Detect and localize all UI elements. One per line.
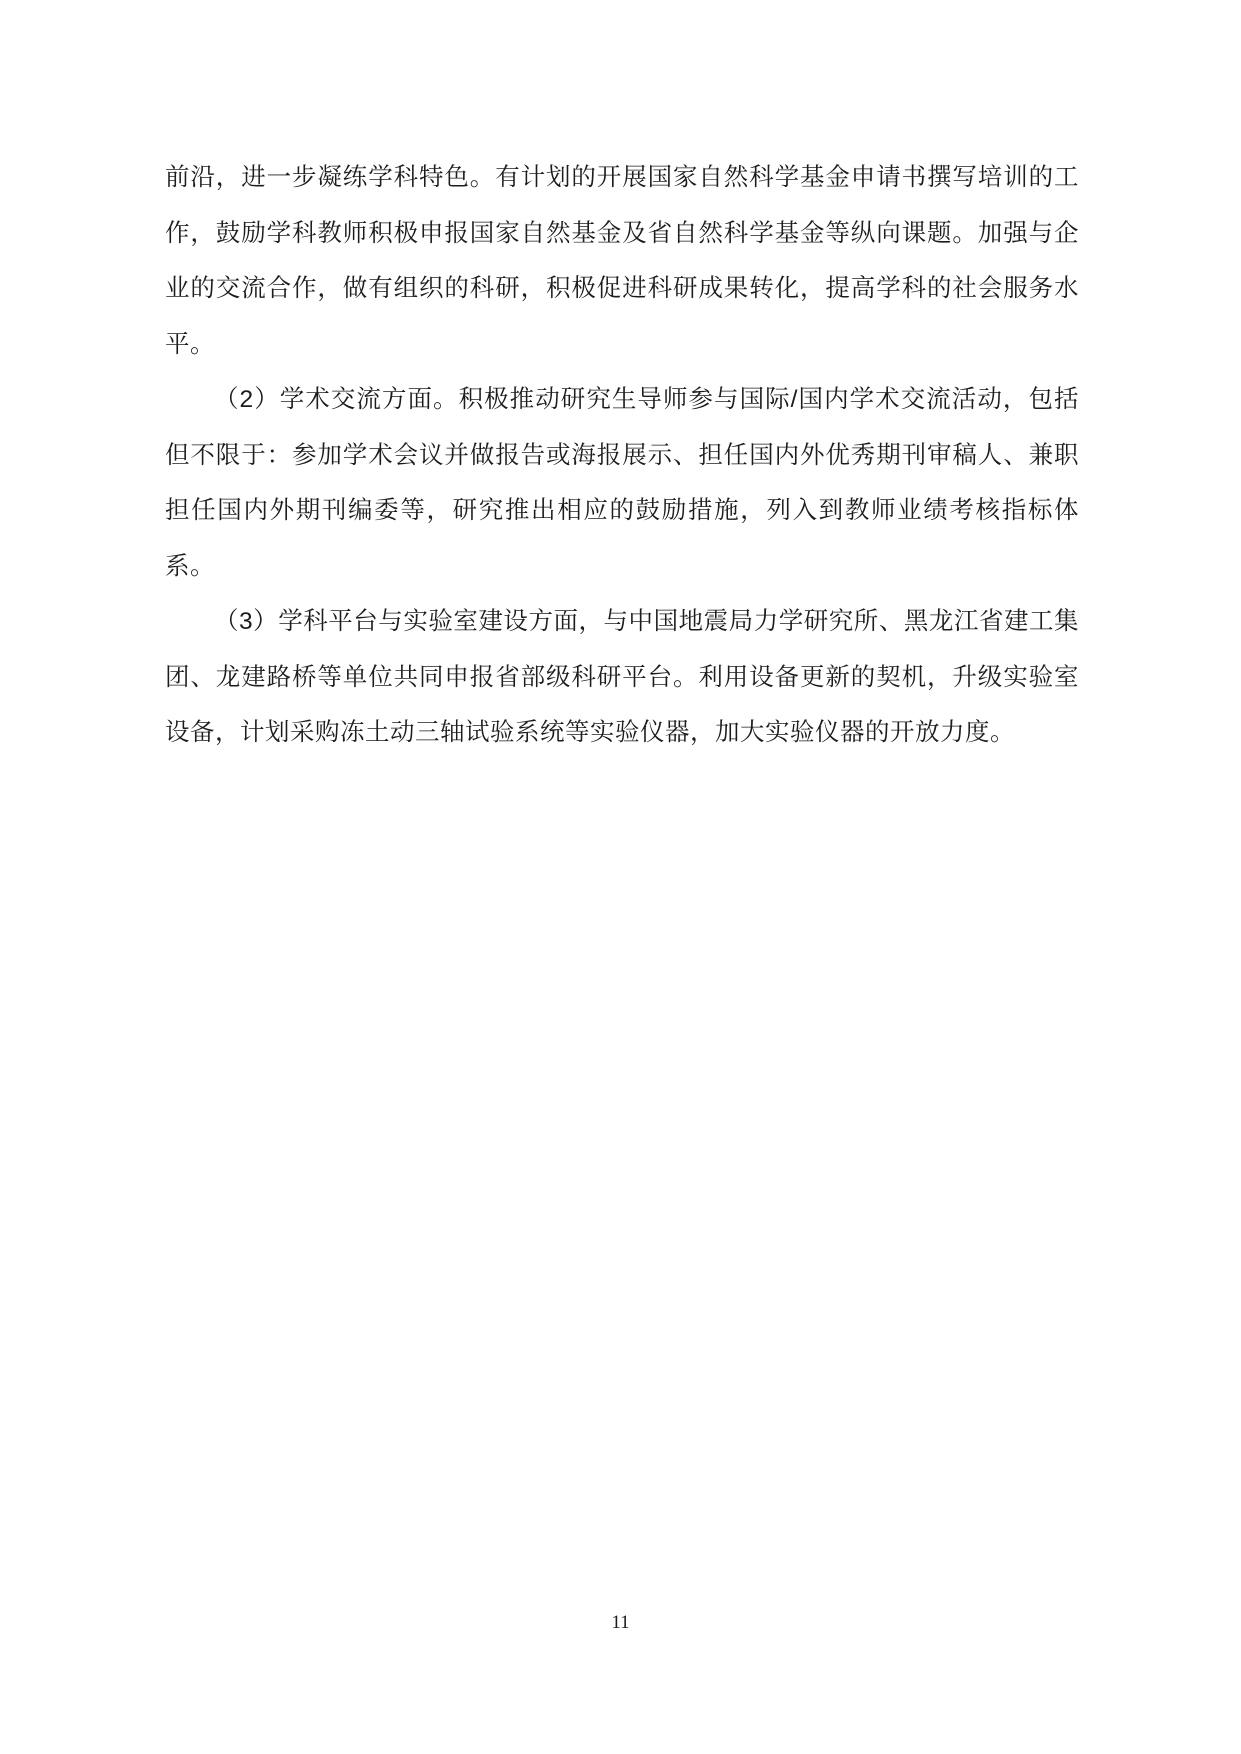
paragraph: 前沿，进一步凝练学科特色。有计划的开展国家自然科学基金申请书撰写培训的工作，鼓励… [165, 150, 1079, 372]
document-page: 前沿，进一步凝练学科特色。有计划的开展国家自然科学基金申请书撰写培训的工作，鼓励… [0, 0, 1241, 1754]
paragraph: （3）学科平台与实验室建设方面，与中国地震局力学研究所、黑龙江省建工集团、龙建路… [165, 594, 1079, 761]
page-number: 11 [0, 1612, 1241, 1634]
document-body: 前沿，进一步凝练学科特色。有计划的开展国家自然科学基金申请书撰写培训的工作，鼓励… [165, 150, 1079, 761]
paragraph: （2）学术交流方面。积极推动研究生导师参与国际/国内学术交流活动，包括但不限于：… [165, 372, 1079, 594]
